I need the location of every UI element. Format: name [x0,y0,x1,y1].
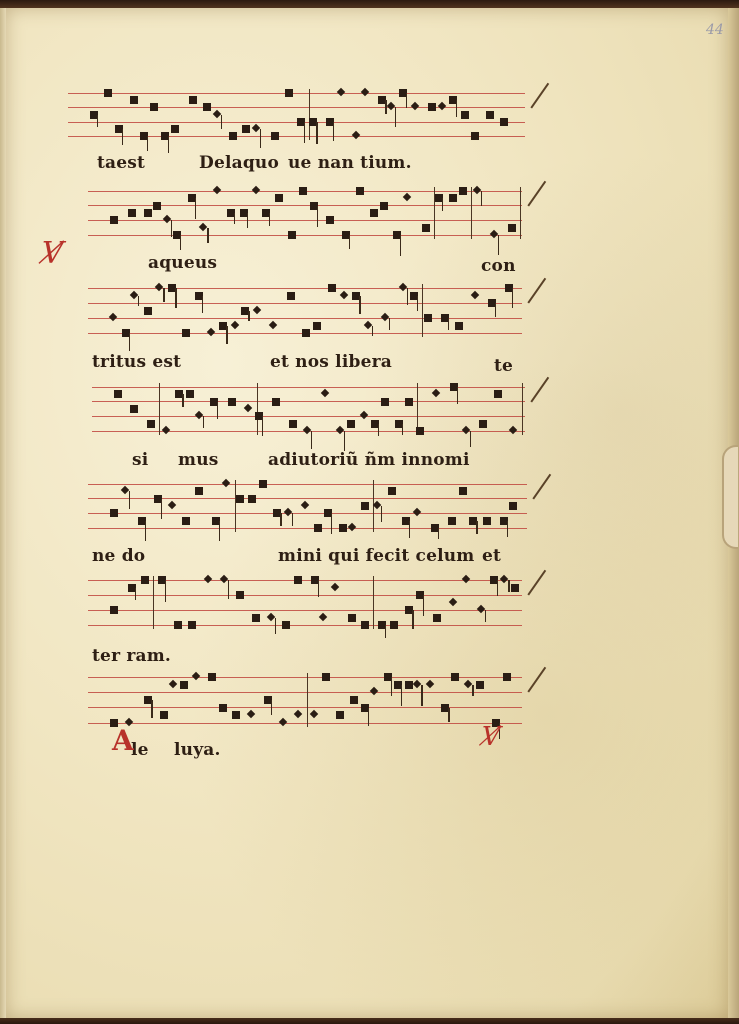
neume-stem [385,100,386,113]
neume-note [416,427,424,435]
lyric-segment: tritus est [92,352,181,372]
neume-stem [406,93,407,108]
neume-note [130,405,138,413]
neume-note [229,132,237,140]
neume-stem [385,625,386,638]
neume-stem [333,122,334,142]
neume-stem [407,288,408,305]
neume-stem [247,213,248,228]
division-bar [257,383,258,435]
neume-note [128,209,136,217]
neume-stem [391,677,392,696]
neume-note [422,224,430,232]
neume-note [494,390,502,398]
neume-note [186,390,194,398]
neume-note [370,209,378,217]
neume-stem [280,513,281,526]
staff-line [88,707,522,708]
neume-note [405,398,413,406]
neume-stem [470,431,471,447]
neume-note [144,307,152,315]
neume-note [322,673,330,681]
neume-note [259,480,267,488]
division-bar [307,673,308,727]
neume-stem [195,198,196,219]
division-bar [471,187,472,239]
neume-stem [442,198,443,211]
lyric-segment: si [132,450,148,470]
neume-stem [260,129,261,148]
neume-stem [304,122,305,143]
neume-stem [508,580,509,592]
neume-stem [456,100,457,117]
staff-line [88,723,522,724]
lyric-segment: luya. [174,740,221,760]
neume-note [180,681,188,689]
neume-note [228,398,236,406]
neume-note [110,606,118,614]
neume-stem [97,115,98,128]
neume-note [144,209,152,217]
neume-stem [389,318,390,330]
neume-stem [180,235,181,250]
neume-stem [165,580,166,602]
neume-note [339,524,347,532]
neume-note [449,194,457,202]
division-bar [235,480,236,532]
neume-note [147,420,155,428]
neume-note [189,96,197,104]
neume-stem [145,521,146,541]
neume-stem [269,213,270,226]
versicle-mark-rubric: V̸ [482,722,501,752]
neume-stem [163,288,164,302]
neume-note [188,621,196,629]
neume-stem [138,296,139,307]
neume-note [381,398,389,406]
neume-stem [203,416,204,428]
neume-note [182,517,190,525]
neume-note [328,284,336,292]
alleluia-initial: A [112,724,134,757]
neume-stem [271,700,272,715]
neume-stem [438,528,439,539]
neume-stem [129,491,130,509]
neume-note [405,681,413,689]
neume-note [182,329,190,337]
neume-note [110,216,118,224]
neume-note [203,103,211,111]
staff-line [68,93,525,94]
neume-stem [226,326,227,345]
neume-note [483,517,491,525]
neume-note [356,187,364,195]
neume-stem [378,424,379,436]
neume-note [248,495,256,503]
lyric-segment: et [482,546,501,566]
staff-line [88,692,522,693]
neume-note [388,487,396,495]
neume-note [455,322,463,330]
neume-note [476,681,484,689]
neume-note [110,509,118,517]
staff-line [92,401,525,402]
neume-note [350,696,358,704]
neume-note [500,118,508,126]
neume-note [272,398,280,406]
staff-line [92,416,525,417]
neume-note [424,314,432,322]
staff-line [88,528,527,529]
neume-note [380,202,388,210]
neume-stem [423,595,424,616]
division-bar [159,383,160,435]
neume-note [471,132,479,140]
neume-note [160,711,168,719]
neume-stem [344,431,345,451]
neume-note [428,103,436,111]
page-tab-marker[interactable] [722,445,738,549]
neume-stem [219,521,220,541]
neume-stem [476,521,477,534]
neume-stem [481,191,482,206]
neume-note [289,420,297,428]
neume-note [242,125,250,133]
neume-stem [372,326,373,336]
folio-number: 44 [706,22,724,38]
neume-note [451,673,459,681]
neume-stem [151,700,152,718]
neume-stem [161,499,162,519]
neume-stem [207,228,208,243]
neume-note [508,224,516,232]
neume-stem [147,136,148,151]
staff-line [68,136,525,137]
neume-stem [129,333,130,351]
staff-line [88,484,527,485]
neume-stem [275,618,276,635]
neume-stem [316,122,317,144]
neume-stem [402,424,403,435]
neume-note [236,591,244,599]
neume-note [208,673,216,681]
neume-stem [448,318,449,330]
initial-letter: A [112,724,134,757]
staff-line [88,318,522,319]
neume-note [275,194,283,202]
division-bar [422,284,423,337]
neume-note [171,125,179,133]
lyric-segment: taest [97,153,145,173]
staff-line [88,220,522,221]
neume-stem [400,235,401,256]
neume-stem [168,136,169,153]
neume-stem [317,206,318,227]
neume-stem [472,685,473,697]
neume-note [150,103,158,111]
neume-note [503,673,511,681]
neume-stem [318,580,319,597]
neume-note [285,89,293,97]
lyric-segment: con [481,256,516,276]
lyric-segment: mini qui fecit celum [278,546,475,566]
neume-note [282,621,290,629]
neume-stem [248,311,249,321]
lyric-segment: te [494,356,513,376]
neume-note [195,487,203,495]
lyric-segment: ue nan tium. [288,153,412,173]
neume-note [326,216,334,224]
division-bar [520,187,521,239]
division-bar [522,383,523,435]
neume-stem [401,685,402,706]
division-bar [373,576,374,629]
neume-note [141,576,149,584]
neume-note [104,89,112,97]
neume-note [459,187,467,195]
neume-stem [409,521,410,538]
neume-note [294,576,302,584]
neume-note [232,711,240,719]
lyric-segment: adiutoriũ ñm innomi [268,450,470,470]
staff-line [88,513,527,514]
neume-note [448,517,456,525]
staff-line [92,387,525,388]
neume-stem [311,431,312,449]
neume-note [299,187,307,195]
neume-stem [122,129,123,145]
neume-stem [495,303,496,317]
neume-note [347,420,355,428]
neume-stem [234,213,235,224]
staff-line [88,303,522,304]
neume-note [287,292,295,300]
neume-stem [202,296,203,313]
neume-stem [175,288,176,308]
versicle-mark-rubric: V̸ [42,236,64,271]
neume-note [314,524,322,532]
neume-note [302,329,310,337]
staff-line [88,235,522,236]
lyric-segment: mus [178,450,219,470]
neume-stem [368,708,369,726]
neume-note [288,231,296,239]
neume-note [459,487,467,495]
neume-note [511,584,519,592]
neume-stem [182,394,183,407]
division-bar [309,89,310,140]
neume-note [361,502,369,510]
lyric-segment: ne do [92,546,145,566]
neume-stem [412,610,413,629]
neume-stem [395,107,396,126]
neume-stem [448,708,449,722]
staff-line [88,288,522,289]
neume-note [461,111,469,119]
neume-note [271,132,279,140]
neume-stem [135,588,136,601]
neume-stem [262,416,263,435]
lyric-segment: et nos libera [270,352,392,372]
division-bar [153,576,154,629]
neume-note [509,502,517,510]
neume-stem [512,288,513,308]
neume-note [486,111,494,119]
lyric-segment: Delaquo [199,153,279,173]
neume-note [252,614,260,622]
neume-stem [457,387,458,404]
neume-stem [381,506,382,522]
neume-stem [359,296,360,315]
neume-note [313,322,321,330]
neume-stem [171,220,172,236]
neume-stem [221,115,222,130]
neume-note [336,711,344,719]
neume-stem [331,513,332,534]
neume-stem [228,580,229,599]
neume-stem [421,685,422,707]
neume-note [433,614,441,622]
neume-note [153,202,161,210]
neume-note [114,390,122,398]
neume-stem [485,610,486,622]
neume-note [236,495,244,503]
neume-note [390,621,398,629]
neume-note [361,621,369,629]
neume-stem [507,521,508,537]
neume-stem [417,296,418,312]
neume-note [219,704,227,712]
neume-note [174,621,182,629]
neume-note [479,420,487,428]
neume-stem [349,235,350,249]
neume-stem [497,580,498,596]
neume-stem [217,402,218,419]
neume-note [130,96,138,104]
lyric-segment: aqueus [148,253,217,273]
lyric-segment: ter ram. [92,646,171,666]
neume-stem [498,235,499,255]
neume-note [348,614,356,622]
neume-stem [292,513,293,526]
